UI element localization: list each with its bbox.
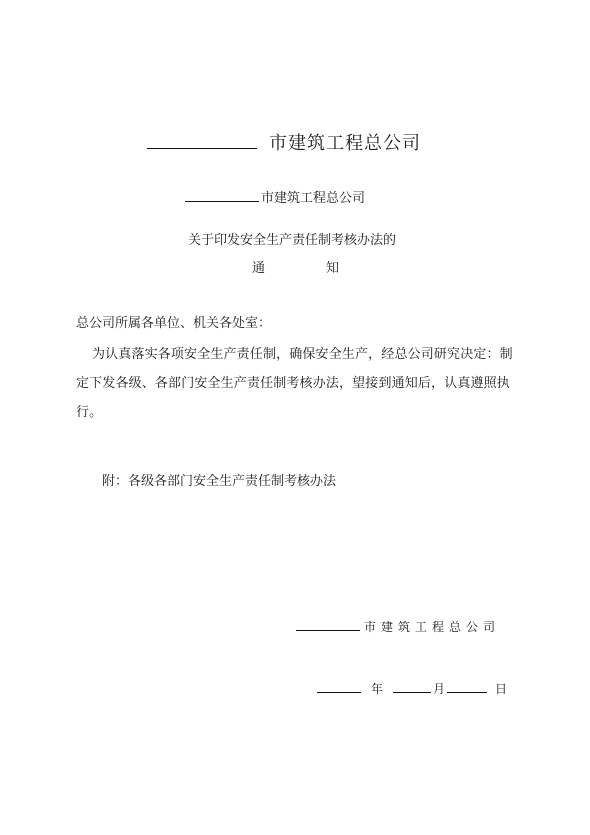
year-label: 年: [371, 682, 383, 696]
document-title: 市建筑工程总公司: [147, 128, 421, 156]
issuer-text: 市建筑工程总公司: [261, 191, 365, 206]
year-blank: [317, 678, 361, 693]
signature-line: 市建筑工程总公司: [296, 616, 500, 635]
day-blank: [447, 678, 487, 693]
title-text: 市建筑工程总公司: [269, 133, 421, 154]
issuer-line: 市建筑工程总公司: [185, 187, 365, 206]
signature-blank-line: [296, 616, 360, 631]
body-paragraph: 为认真落实各项安全生产责任制，确保安全生产，经总公司研究决定：制定下发各级、各部…: [76, 340, 516, 427]
notice-heading-char-2: 知: [326, 257, 339, 276]
issuer-blank-line: [185, 187, 259, 202]
month-blank: [393, 678, 431, 693]
signature-text: 市建筑工程总公司: [364, 620, 500, 634]
day-label: 日: [495, 682, 507, 696]
title-blank-line: [147, 128, 257, 149]
salutation: 总公司所属各单位、机关各处室：: [76, 312, 271, 331]
month-label: 月: [433, 682, 445, 696]
attachment-line: 附：各级各部门安全生产责任制考核办法: [102, 470, 336, 489]
notice-heading-char-1: 通: [252, 257, 265, 276]
date-line: 年月日: [317, 678, 507, 697]
notice-subject: 关于印发安全生产责任制考核办法的: [188, 229, 396, 248]
